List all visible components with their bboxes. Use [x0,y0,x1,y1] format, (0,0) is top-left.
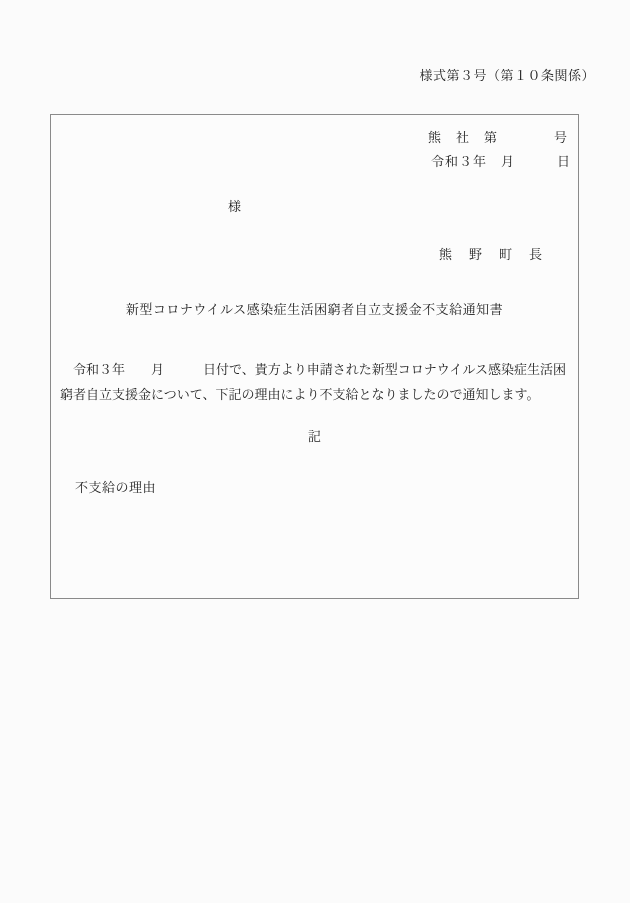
reference-number-line: 熊 社 第 号 [428,131,568,144]
reason-label: 不支給の理由 [75,481,156,494]
record-marker: 記 [51,430,578,443]
notice-box: 熊 社 第 号 令和３年 月 日 様 熊 野 町 長 新型コロナウイルス感染症生… [50,114,579,599]
date-line: 令和３年 月 日 [431,155,571,168]
body-line: 令和３年 月 日付で、貴方より申請された新型コロナウイルス感染症生活困 [60,357,569,382]
form-number-label: 様式第３号（第１０条関係） [419,69,595,82]
recipient-honorific: 様 [228,200,241,213]
sender-line: 熊 野 町 長 [439,248,544,261]
body-paragraph: 令和３年 月 日付で、貴方より申請された新型コロナウイルス感染症生活困 窮者自立… [60,357,569,407]
document-page: 様式第３号（第１０条関係） 熊 社 第 号 令和３年 月 日 様 熊 野 町 長… [0,0,630,903]
document-title: 新型コロナウイルス感染症生活困窮者自立支援金不支給通知書 [51,303,578,316]
body-line: 窮者自立支援金について、下記の理由により不支給となりましたので通知します。 [60,382,569,407]
